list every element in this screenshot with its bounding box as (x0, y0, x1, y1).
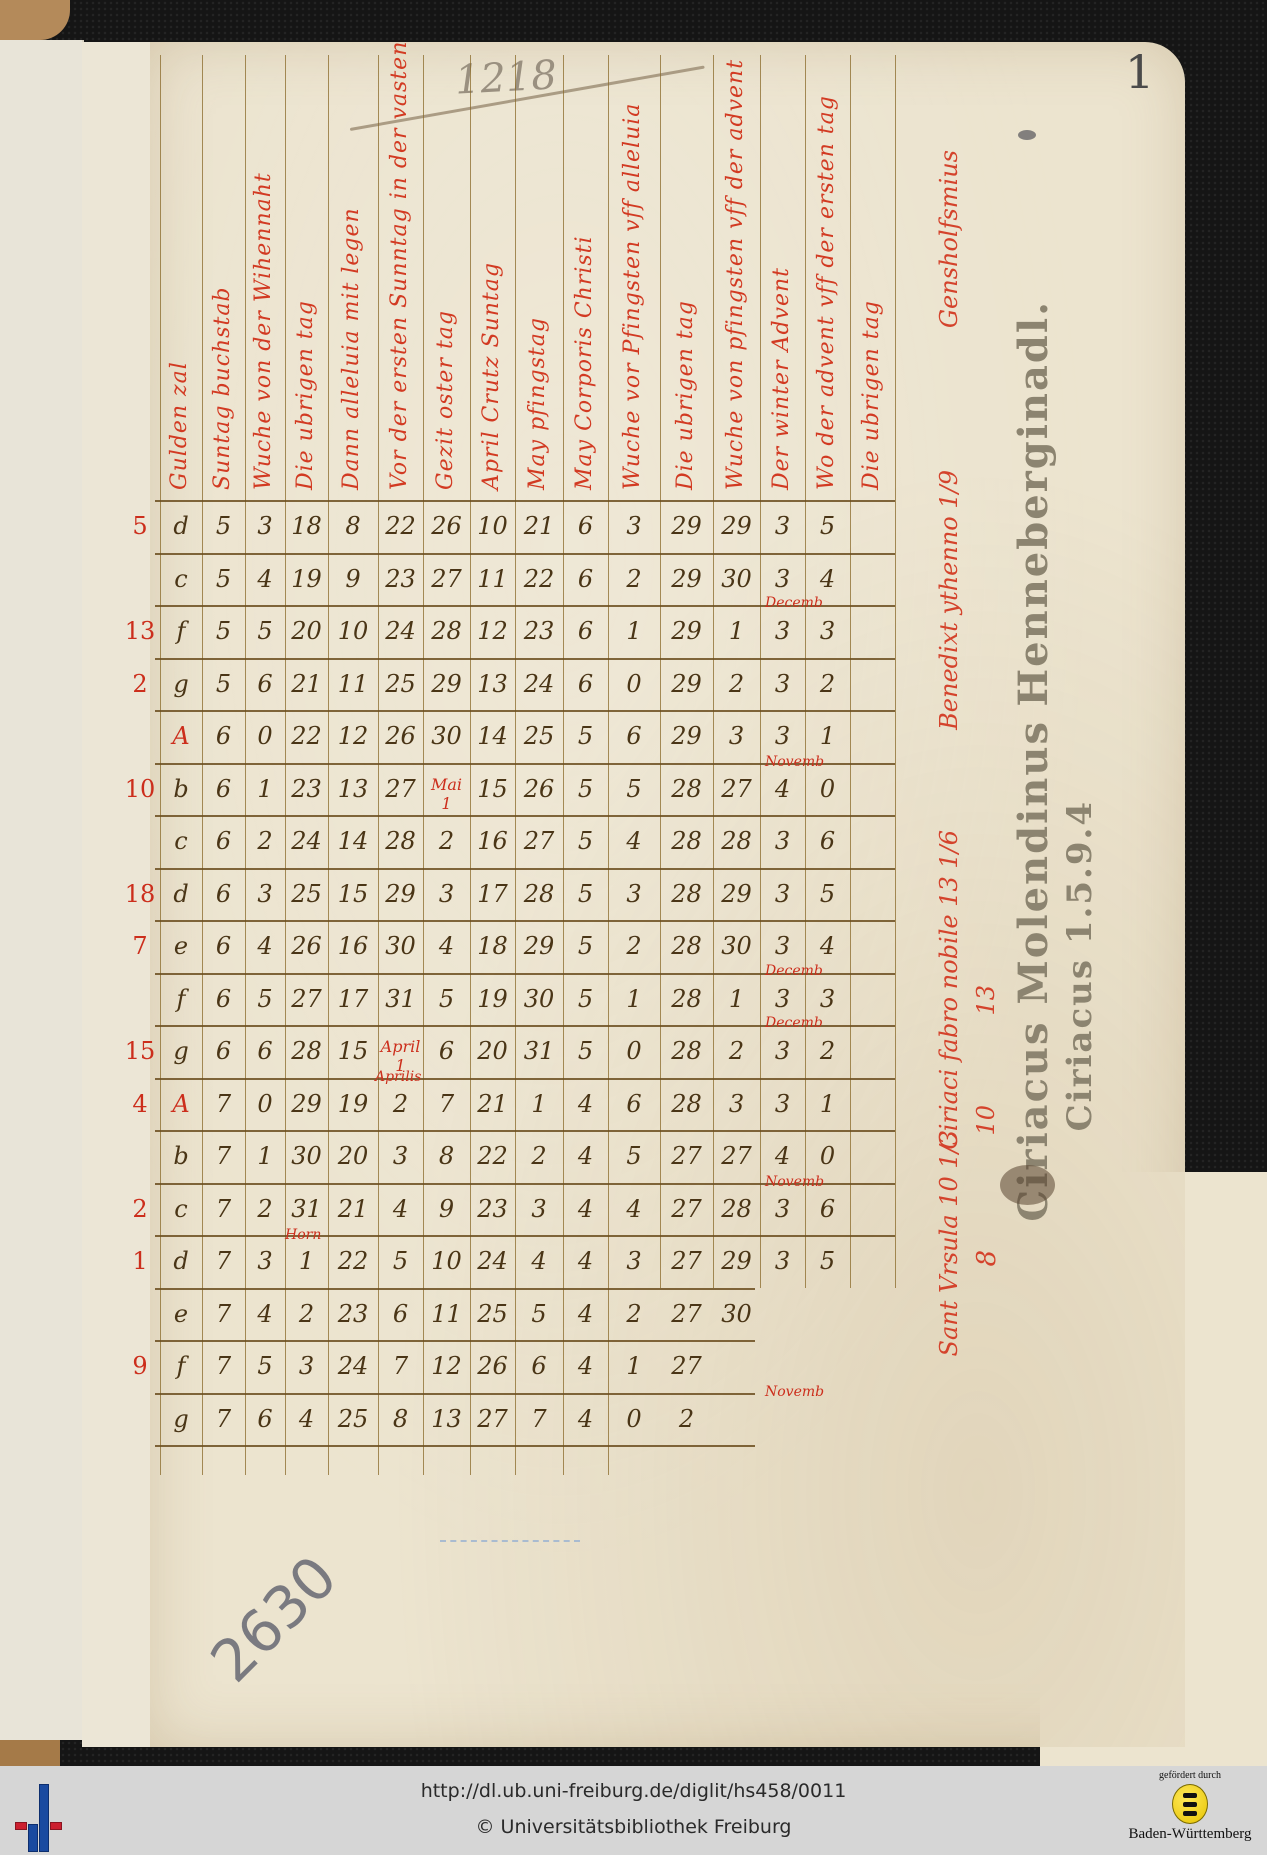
table-cell: 5 (381, 1247, 421, 1275)
table-cell: 9 (333, 565, 373, 593)
table-cell: 29 (667, 670, 707, 698)
table-cell: 5 (245, 1352, 285, 1380)
table-column-header: Wuche von pfingsten vff der advent (723, 85, 748, 490)
table-cell: 7 (204, 1195, 244, 1223)
table-cell: 27 (667, 1195, 707, 1223)
table-cell: 5 (808, 512, 848, 540)
table-cell: 9 (427, 1195, 467, 1223)
table-cell: 5 (566, 1037, 606, 1065)
golden-number: 7 (122, 932, 158, 960)
table-cell: 19 (287, 565, 327, 593)
table-cell: 5 (614, 775, 654, 803)
table-cell: 5 (566, 880, 606, 908)
table-cell: 27 (667, 1247, 707, 1275)
table-cell: 26 (473, 1352, 513, 1380)
table-cell: 4 (566, 1352, 606, 1380)
table-cell: 3 (763, 722, 803, 750)
table-cell: 6 (808, 827, 848, 855)
table-cell: 5 (566, 827, 606, 855)
margin-red-text: Benedixt ythenno 1/9 (935, 470, 963, 730)
table-cell: 28 (519, 880, 559, 908)
table-cell: 10 (473, 512, 513, 540)
table-cell: 3 (614, 512, 654, 540)
table-cell: 3 (763, 617, 803, 645)
table-cell: 3 (717, 722, 757, 750)
golden-number: 15 (122, 1037, 158, 1065)
table-column-rule (850, 55, 851, 1288)
table-row-rule (155, 920, 895, 922)
table-cell: 15 (333, 1037, 373, 1065)
table-cell: 25 (287, 880, 327, 908)
table-cell: 31 (519, 1037, 559, 1065)
table-cell: 4 (566, 1195, 606, 1223)
table-cell: 6 (204, 985, 244, 1013)
table-cell: 1 (614, 1352, 654, 1380)
ink-stain (1000, 1165, 1055, 1205)
table-cell: 8 (427, 1142, 467, 1170)
table-cell: 20 (287, 617, 327, 645)
table-cell: 4 (614, 1195, 654, 1223)
table-cell: 1 (808, 722, 848, 750)
golden-number: 9 (122, 1352, 158, 1380)
table-cell: 29 (717, 880, 757, 908)
table-cell: 1 (717, 617, 757, 645)
table-column-header: Wo der advent vff der ersten tag (814, 85, 839, 490)
table-cell: 25 (333, 1405, 373, 1433)
golden-number: 13 (122, 617, 158, 645)
table-row-rule (155, 1288, 755, 1290)
table-cell: 2 (614, 932, 654, 960)
table-cell: 6 (808, 1195, 848, 1223)
golden-number: 4 (122, 1090, 158, 1118)
sunday-letter: A (161, 1090, 201, 1118)
table-cell: 31 (381, 985, 421, 1013)
table-cell: 2 (519, 1142, 559, 1170)
table-cell: 2 (717, 1037, 757, 1065)
table-cell: 7 (204, 1090, 244, 1118)
table-cell: 4 (566, 1090, 606, 1118)
table-column-header: Gulden zal (167, 85, 192, 490)
table-cell: 3 (808, 617, 848, 645)
table-cell: 18 (287, 512, 327, 540)
table-cell: 21 (287, 670, 327, 698)
table-column-rule (713, 55, 714, 1288)
table-cell: 2 (614, 565, 654, 593)
table-cell: 28 (667, 880, 707, 908)
table-column-rule (660, 55, 661, 1288)
table-cell: 21 (333, 1195, 373, 1223)
table-cell: 23 (333, 1300, 373, 1328)
table-cell: 7 (519, 1405, 559, 1433)
table-row-rule (155, 1393, 755, 1395)
table-cell: 4 (245, 565, 285, 593)
table-cell: 28 (667, 827, 707, 855)
table-cell: 3 (763, 827, 803, 855)
table-cell: 29 (717, 512, 757, 540)
table-cell: 3 (763, 1037, 803, 1065)
table-column-rule (805, 55, 806, 1288)
table-cell: 2 (808, 670, 848, 698)
table-cell: 2 (717, 670, 757, 698)
table-cell: 26 (381, 722, 421, 750)
table-cell: 5 (808, 880, 848, 908)
table-cell: 29 (667, 722, 707, 750)
table-cell: 2 (427, 827, 467, 855)
table-cell: 6 (566, 670, 606, 698)
table-row-rule (155, 658, 895, 660)
table-cell: 27 (381, 775, 421, 803)
table-cell: 19 (333, 1090, 373, 1118)
table-row-rule (155, 1130, 895, 1132)
table-cell: 1 (519, 1090, 559, 1118)
red-annotation: Horn (285, 1227, 321, 1243)
table-cell: 5 (566, 985, 606, 1013)
table-column-header: April Crutz Suntag (479, 85, 504, 490)
sunday-letter: g (161, 670, 201, 698)
table-column-rule (328, 55, 329, 1475)
table-cell: 2 (667, 1405, 707, 1433)
table-cell: 6 (566, 617, 606, 645)
table-cell: 6 (204, 827, 244, 855)
table-cell: 14 (473, 722, 513, 750)
table-cell: 22 (333, 1247, 373, 1275)
binding-leather (0, 0, 70, 40)
table-cell: 30 (717, 1300, 757, 1328)
table-cell: 3 (287, 1352, 327, 1380)
table-column-rule (378, 55, 379, 1475)
sunday-letter: g (161, 1037, 201, 1065)
table-cell: 3 (245, 1247, 285, 1275)
table-cell: 28 (717, 1195, 757, 1223)
flyleaf (0, 40, 84, 1740)
table-cell: 20 (473, 1037, 513, 1065)
table-cell: 30 (717, 932, 757, 960)
table-column-rule (470, 55, 471, 1475)
table-cell: 17 (333, 985, 373, 1013)
table-cell: 6 (566, 565, 606, 593)
table-cell: 6 (245, 1405, 285, 1433)
table-cell: 11 (427, 1300, 467, 1328)
table-cell: 7 (381, 1352, 421, 1380)
table-cell: 30 (287, 1142, 327, 1170)
permalink-url[interactable]: http://dl.ub.uni-freiburg.de/diglit/hs45… (0, 1780, 1267, 1802)
golden-number: 2 (122, 1195, 158, 1223)
table-cell: 27 (473, 1405, 513, 1433)
table-cell: 27 (667, 1142, 707, 1170)
table-cell: 28 (381, 827, 421, 855)
sunday-letter: d (161, 1247, 201, 1275)
table-cell: 5 (204, 617, 244, 645)
ink-spot (1018, 130, 1036, 140)
table-row-rule (155, 1445, 755, 1447)
table-cell: 30 (717, 565, 757, 593)
table-column-header: Wuche vor Pfingsten vff alleluia (620, 85, 645, 490)
table-cell: 29 (717, 1247, 757, 1275)
table-cell: 3 (763, 985, 803, 1013)
sunday-letter: e (161, 932, 201, 960)
table-cell: 29 (427, 670, 467, 698)
golden-number: 2 (122, 670, 158, 698)
table-cell: 29 (667, 565, 707, 593)
table-cell: 5 (245, 617, 285, 645)
table-cell: 28 (667, 775, 707, 803)
table-cell: 6 (245, 670, 285, 698)
table-row-rule (155, 815, 895, 817)
table-cell: 6 (204, 775, 244, 803)
margin-red-number: 8 (972, 1250, 1002, 1267)
table-cell: 24 (519, 670, 559, 698)
table-cell: 6 (566, 512, 606, 540)
golden-number: 10 (122, 775, 158, 803)
table-cell: 6 (204, 932, 244, 960)
red-annotation: Novemb (765, 1384, 824, 1400)
table-cell: 12 (473, 617, 513, 645)
copyright-notice: © Universitätsbibliothek Freiburg (0, 1816, 1267, 1838)
baden-wuerttemberg-crest-icon (1172, 1784, 1208, 1824)
table-cell: 5 (204, 565, 244, 593)
golden-number: 1 (122, 1247, 158, 1275)
table-cell: 6 (381, 1300, 421, 1328)
table-cell: 0 (614, 1037, 654, 1065)
red-annotation: Decemb (765, 1015, 823, 1031)
table-cell: 0 (614, 1405, 654, 1433)
table-cell: 4 (381, 1195, 421, 1223)
table-cell: 3 (614, 1247, 654, 1275)
margin-red-text: Gensholfsmius (935, 150, 963, 328)
red-annotation: Decemb (765, 595, 823, 611)
table-cell: 4 (566, 1300, 606, 1328)
table-row-rule (155, 1235, 895, 1237)
table-cell: Mai 1 (427, 775, 467, 813)
table-cell: 23 (519, 617, 559, 645)
table-cell: 24 (287, 827, 327, 855)
table-column-header: Dann alleluia mit legen (339, 85, 364, 490)
table-column-rule (608, 55, 609, 1475)
table-cell: 2 (287, 1300, 327, 1328)
table-cell: 2 (381, 1090, 421, 1118)
golden-number: 5 (122, 512, 158, 540)
table-row-rule (155, 710, 895, 712)
sunday-letter: g (161, 1405, 201, 1433)
margin-red-number: 13 (972, 985, 1000, 1016)
table-cell: 31 (287, 1195, 327, 1223)
table-cell: 15 (473, 775, 513, 803)
sunday-letter: f (161, 1352, 201, 1380)
table-cell: 3 (763, 932, 803, 960)
table-cell: 28 (667, 1037, 707, 1065)
margin-red-number: 10 (972, 1105, 1000, 1136)
table-cell: 18 (473, 932, 513, 960)
sunday-letter: d (161, 512, 201, 540)
table-cell: 7 (204, 1300, 244, 1328)
table-cell: 3 (763, 565, 803, 593)
sunday-letter: d (161, 880, 201, 908)
table-cell: 24 (381, 617, 421, 645)
table-cell: 28 (667, 985, 707, 1013)
table-column-rule (895, 55, 896, 1288)
table-row-rule (155, 553, 895, 555)
table-cell: 0 (808, 775, 848, 803)
sunday-letter: c (161, 565, 201, 593)
table-cell: 27 (717, 775, 757, 803)
table-cell: 13 (427, 1405, 467, 1433)
table-row-rule (155, 868, 895, 870)
table-cell: 4 (614, 827, 654, 855)
table-cell: 10 (333, 617, 373, 645)
table-cell: 3 (763, 1195, 803, 1223)
table-cell: 26 (519, 775, 559, 803)
table-cell: 2 (808, 1037, 848, 1065)
table-cell: 29 (519, 932, 559, 960)
table-cell: 13 (333, 775, 373, 803)
table-cell: 13 (473, 670, 513, 698)
table-cell: 29 (667, 617, 707, 645)
table-cell: 7 (204, 1247, 244, 1275)
torn-corner (1040, 1172, 1267, 1766)
table-column-header: Der winter Advent (769, 85, 794, 490)
table-cell: 5 (808, 1247, 848, 1275)
table-cell: 3 (808, 985, 848, 1013)
table-cell: 5 (566, 722, 606, 750)
table-cell: 7 (204, 1405, 244, 1433)
table-cell: 30 (381, 932, 421, 960)
table-cell: 4 (566, 1405, 606, 1433)
table-cell: 1 (808, 1090, 848, 1118)
table-cell: 23 (381, 565, 421, 593)
table-cell: 5 (566, 932, 606, 960)
red-annotation: Decemb (765, 963, 823, 979)
table-cell: 12 (333, 722, 373, 750)
table-cell: 1 (717, 985, 757, 1013)
margin-red-text: Sant Vrsula 10 1/3 (935, 1130, 963, 1356)
table-cell: 6 (614, 722, 654, 750)
table-cell: 29 (667, 512, 707, 540)
sunday-letter: b (161, 775, 201, 803)
table-cell: 5 (204, 512, 244, 540)
table-cell: 21 (519, 512, 559, 540)
table-cell: 4 (566, 1247, 606, 1275)
table-cell: 12 (427, 1352, 467, 1380)
scan-background: 1 1218 Gulden zalSuntag buchstabWuche vo… (0, 0, 1267, 1766)
table-cell: 4 (763, 1142, 803, 1170)
table-cell: 1 (287, 1247, 327, 1275)
margin-owner-inscription: Ciriacus Molendinus (1010, 720, 1057, 1222)
table-cell: 1 (614, 985, 654, 1013)
table-cell: 26 (427, 512, 467, 540)
table-cell: 22 (381, 512, 421, 540)
table-cell: 3 (763, 880, 803, 908)
table-cell: 2 (245, 1195, 285, 1223)
table-cell: 11 (333, 670, 373, 698)
table-cell: 7 (204, 1352, 244, 1380)
table-cell: 30 (519, 985, 559, 1013)
table-cell: 4 (808, 565, 848, 593)
table-cell: 6 (204, 722, 244, 750)
viewer-footer: http://dl.ub.uni-freiburg.de/diglit/hs45… (0, 1766, 1267, 1855)
table-cell: 4 (763, 775, 803, 803)
table-cell: 3 (245, 880, 285, 908)
table-column-rule (563, 55, 564, 1475)
table-cell: 3 (381, 1142, 421, 1170)
table-column-header: Die ubrigen tag (673, 85, 698, 490)
table-cell: 22 (287, 722, 327, 750)
table-cell: 30 (427, 722, 467, 750)
table-cell: 0 (808, 1142, 848, 1170)
table-row-rule (155, 500, 895, 502)
table-cell: 27 (427, 565, 467, 593)
sunday-letter: c (161, 1195, 201, 1223)
table-column-header: Wuche von der Wihennaht (251, 85, 276, 490)
table-cell: 28 (667, 1090, 707, 1118)
table-cell: 4 (566, 1142, 606, 1170)
table-cell: 1 (245, 1142, 285, 1170)
table-cell: 8 (333, 512, 373, 540)
sunday-letter: f (161, 985, 201, 1013)
margin-owner-inscription: Henneberginadl. (1010, 300, 1057, 707)
table-cell: 6 (427, 1037, 467, 1065)
table-cell: 0 (245, 722, 285, 750)
library-stamp-faded (440, 1540, 580, 1652)
table-cell: 11 (473, 565, 513, 593)
table-cell: 6 (614, 1090, 654, 1118)
table-cell: 23 (287, 775, 327, 803)
table-cell: 2 (614, 1300, 654, 1328)
table-cell: 7 (427, 1090, 467, 1118)
table-cell: 22 (519, 565, 559, 593)
table-cell: 8 (381, 1405, 421, 1433)
table-cell: 7 (204, 1142, 244, 1170)
table-cell: 10 (427, 1247, 467, 1275)
table-cell: 27 (717, 1142, 757, 1170)
table-cell: 3 (763, 512, 803, 540)
table-cell: 5 (204, 670, 244, 698)
table-cell: 4 (287, 1405, 327, 1433)
table-cell: 24 (473, 1247, 513, 1275)
table-cell: 16 (473, 827, 513, 855)
table-cell: 14 (333, 827, 373, 855)
table-column-header: Suntag buchstab (210, 85, 235, 490)
table-cell: 25 (473, 1300, 513, 1328)
table-cell: 6 (245, 1037, 285, 1065)
table-cell: 26 (287, 932, 327, 960)
table-column-header: May pfingstag (525, 85, 550, 490)
table-cell: 6 (204, 880, 244, 908)
table-cell: 4 (245, 932, 285, 960)
table-cell: 22 (473, 1142, 513, 1170)
table-cell: 19 (473, 985, 513, 1013)
table-cell: 4 (245, 1300, 285, 1328)
table-cell: 1 (614, 617, 654, 645)
table-column-header: Die ubrigen tag (859, 85, 884, 490)
table-cell: 2 (245, 827, 285, 855)
table-cell: 4 (519, 1247, 559, 1275)
table-cell: 27 (287, 985, 327, 1013)
table-cell: 5 (614, 1142, 654, 1170)
table-cell: 23 (473, 1195, 513, 1223)
table-cell: 3 (614, 880, 654, 908)
table-cell: 28 (427, 617, 467, 645)
table-column-rule (515, 55, 516, 1475)
table-cell: 28 (717, 827, 757, 855)
table-cell: 6 (204, 1037, 244, 1065)
funder-label: gefördert durch (1120, 1770, 1260, 1781)
table-cell: 5 (427, 985, 467, 1013)
table-cell: 5 (245, 985, 285, 1013)
sunday-letter: b (161, 1142, 201, 1170)
table-cell: 25 (381, 670, 421, 698)
table-cell: 15 (333, 880, 373, 908)
table-cell: 5 (519, 1300, 559, 1328)
